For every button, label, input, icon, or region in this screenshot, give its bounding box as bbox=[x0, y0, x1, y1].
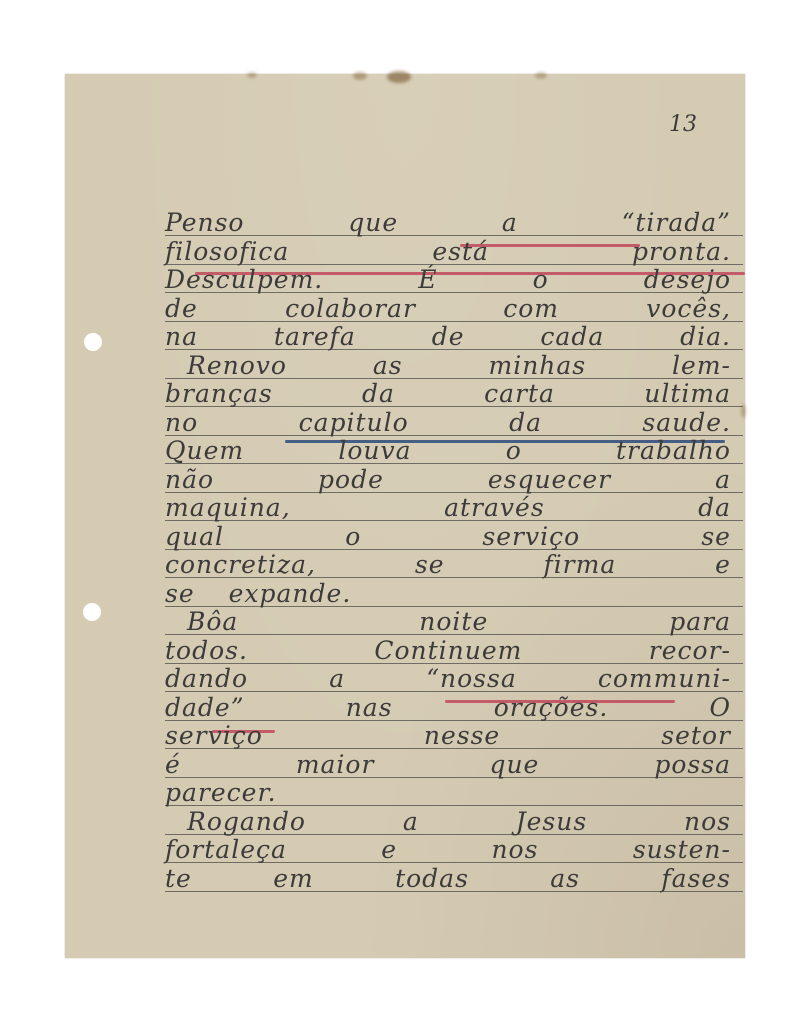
word: expande. bbox=[229, 580, 352, 608]
word: a bbox=[329, 665, 345, 693]
word: carta bbox=[484, 380, 555, 408]
word: Bôa bbox=[187, 608, 238, 636]
text-line: filosoficaestápronta. bbox=[165, 238, 731, 266]
text-line: Renovoasminhaslem- bbox=[165, 352, 731, 380]
word: filosofica bbox=[165, 238, 289, 266]
word: concretiza, bbox=[165, 551, 316, 579]
word: da bbox=[698, 494, 731, 522]
text-line: Bôanoitepara bbox=[165, 608, 731, 636]
word: minhas bbox=[489, 352, 587, 380]
word: serviço bbox=[482, 523, 580, 551]
stain bbox=[247, 72, 257, 78]
word: as bbox=[550, 865, 580, 893]
word: para bbox=[669, 608, 731, 636]
word: louva bbox=[338, 437, 411, 465]
word: o bbox=[345, 523, 361, 551]
word: todas bbox=[395, 865, 469, 893]
stain bbox=[387, 71, 411, 83]
word: pode bbox=[318, 466, 384, 494]
word: desejo bbox=[644, 266, 731, 294]
word: lem- bbox=[672, 352, 731, 380]
word: Rogando bbox=[187, 808, 306, 836]
word: da bbox=[362, 380, 395, 408]
word: com bbox=[503, 295, 559, 323]
word: as bbox=[373, 352, 403, 380]
word: fortaleça bbox=[165, 836, 287, 864]
text-line: teemtodasasfases bbox=[165, 865, 731, 893]
text-line: maquina,atravésda bbox=[165, 494, 731, 522]
word: Renovo bbox=[187, 352, 287, 380]
word: através bbox=[444, 494, 545, 522]
word: noite bbox=[419, 608, 488, 636]
stain bbox=[353, 72, 367, 80]
word: maquina, bbox=[165, 494, 291, 522]
word: pronta. bbox=[632, 238, 731, 266]
word: communi- bbox=[598, 665, 731, 693]
word: está bbox=[432, 238, 489, 266]
word: “nossa bbox=[426, 665, 517, 693]
word: se bbox=[165, 580, 195, 608]
word: e bbox=[715, 551, 731, 579]
word: Continuem bbox=[374, 637, 522, 665]
word: susten- bbox=[633, 836, 731, 864]
word: “tirada” bbox=[622, 209, 731, 237]
word: tarefa bbox=[274, 323, 356, 351]
text-line: natarefadecadadia. bbox=[165, 323, 731, 351]
word: que bbox=[348, 209, 398, 237]
word: dando bbox=[165, 665, 248, 693]
word: não bbox=[165, 466, 214, 494]
word: de bbox=[432, 323, 465, 351]
word: fases bbox=[661, 865, 731, 893]
word: nesse bbox=[424, 722, 500, 750]
word: a bbox=[715, 466, 731, 494]
word: te bbox=[165, 865, 192, 893]
word: Quem bbox=[165, 437, 244, 465]
word: o bbox=[506, 437, 522, 465]
word: que bbox=[489, 751, 539, 779]
text-line: brançasdacartaultima bbox=[165, 380, 731, 408]
page-number: 13 bbox=[669, 112, 697, 137]
word: esquecer bbox=[488, 466, 611, 494]
text-line: dade”nasorações.O bbox=[165, 694, 731, 722]
word: branças bbox=[165, 380, 273, 408]
word: Penso bbox=[165, 209, 244, 237]
word: firma bbox=[543, 551, 616, 579]
stain bbox=[535, 72, 547, 79]
text-line: qualoserviçose bbox=[165, 523, 731, 551]
word: capitulo bbox=[299, 409, 409, 437]
word: o bbox=[533, 266, 549, 294]
text-line: nocapitulodasaude. bbox=[165, 409, 731, 437]
word: na bbox=[165, 323, 198, 351]
word: todos. bbox=[165, 637, 248, 665]
word: recor- bbox=[649, 637, 731, 665]
word: trabalho bbox=[616, 437, 731, 465]
word: se bbox=[701, 523, 731, 551]
word: ultima bbox=[644, 380, 731, 408]
text-line: decolaborarcomvocês, bbox=[165, 295, 731, 323]
word: se bbox=[415, 551, 445, 579]
word: nos bbox=[491, 836, 538, 864]
word: Desculpem. bbox=[165, 266, 323, 294]
word: parecer. bbox=[165, 779, 277, 807]
text-line: fortaleçaenossusten- bbox=[165, 836, 731, 864]
punch-hole bbox=[83, 603, 101, 621]
text-line: concretiza,sefirmae bbox=[165, 551, 731, 579]
word: setor bbox=[661, 722, 731, 750]
word: qual bbox=[165, 523, 224, 551]
text-line: todos.Continuemrecor- bbox=[165, 637, 731, 665]
word: no bbox=[165, 409, 198, 437]
text-line: Pensoquea“tirada” bbox=[165, 209, 731, 237]
word: O bbox=[709, 694, 731, 722]
word: serviço bbox=[165, 722, 263, 750]
word: dia. bbox=[680, 323, 731, 351]
word: e bbox=[381, 836, 397, 864]
text-line: Desculpem.Éodesejo bbox=[165, 266, 731, 294]
word: cada bbox=[540, 323, 604, 351]
word: a bbox=[403, 808, 419, 836]
word: da bbox=[509, 409, 542, 437]
word: a bbox=[502, 209, 518, 237]
text-line: émaiorquepossa bbox=[165, 751, 731, 779]
text-line: dandoa“nossacommuni- bbox=[165, 665, 731, 693]
word: em bbox=[273, 865, 314, 893]
word: possa bbox=[654, 751, 731, 779]
word: nas bbox=[346, 694, 393, 722]
word: colaborar bbox=[285, 295, 416, 323]
word: de bbox=[165, 295, 198, 323]
word: é bbox=[165, 751, 181, 779]
text-line: seexpande. bbox=[165, 580, 731, 608]
text-line: RogandoaJesusnos bbox=[165, 808, 731, 836]
word: dade” bbox=[165, 694, 245, 722]
word: maior bbox=[296, 751, 375, 779]
word: nos bbox=[684, 808, 731, 836]
text-line: Quemlouvaotrabalho bbox=[165, 437, 731, 465]
word: É bbox=[418, 266, 437, 294]
text-line: nãopodeesquecera bbox=[165, 466, 731, 494]
punch-hole bbox=[84, 333, 102, 351]
word: saude. bbox=[642, 409, 731, 437]
word: orações. bbox=[494, 694, 609, 722]
text-line: serviçonessesetor bbox=[165, 722, 731, 750]
document-page: 13 Pensoquea“tirada”filosoficaestápronta… bbox=[65, 74, 745, 958]
word: vocês, bbox=[646, 295, 731, 323]
text-line: parecer. bbox=[165, 779, 731, 807]
word: Jesus bbox=[516, 808, 588, 836]
